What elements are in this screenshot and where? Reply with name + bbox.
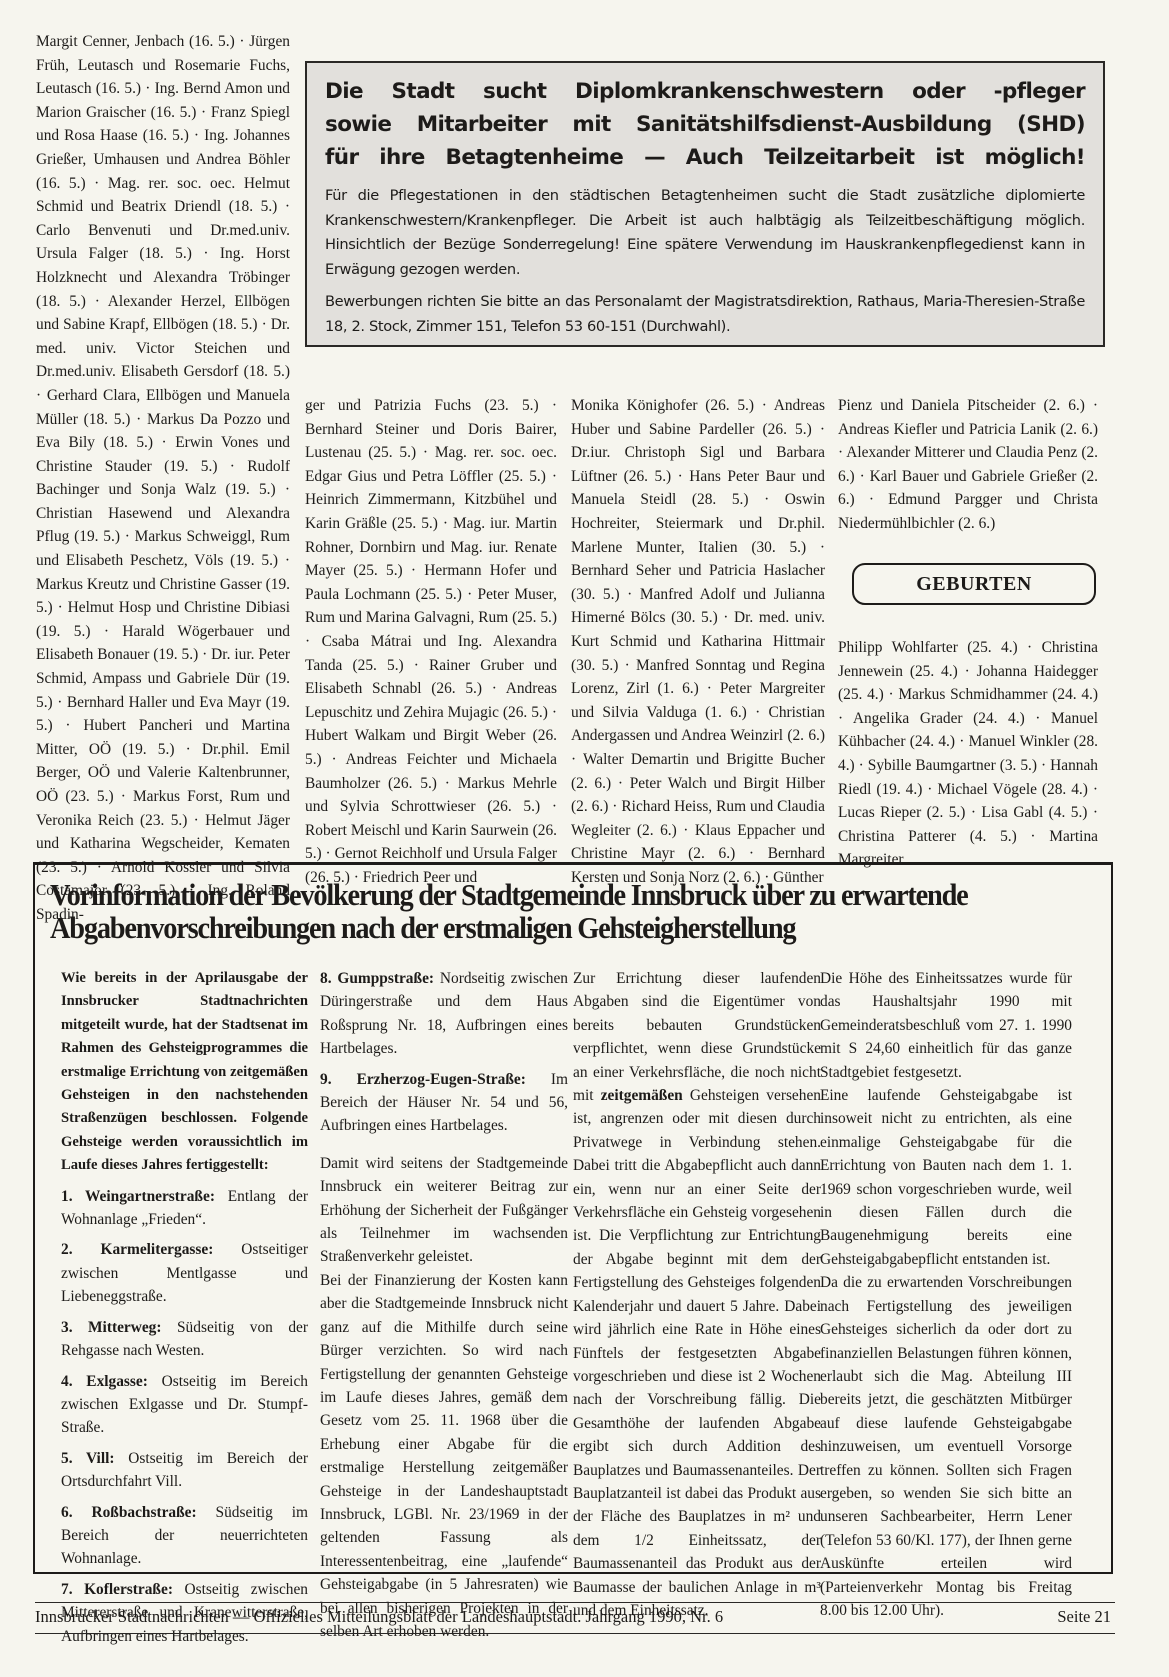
street-item: 1. Weingartnerstraße: Entlang der Wohnan… [61,1185,308,1232]
article-title: Vorinformation der Bevölkerung der Stadt… [50,879,1022,945]
street-item: 5. Vill: Ostseitig im Bereich der Ortsdu… [61,1447,308,1494]
job-ad-contact: Bewerbungen richten Sie bitte an das Per… [325,290,1085,339]
job-ad-headline-line: sowie Mitarbeiter mit Sanitätshilfsdiens… [325,108,1085,141]
street-name: 1. Weingartnerstraße: [61,1188,215,1205]
street-name: 9. Erzherzog-Eugen-Straße: [320,1071,526,1088]
street-name: 2. Karmelitergasse: [61,1241,213,1258]
article-paragraph-obligation: Zur Errichtung dieser laufenden Abgaben … [573,967,821,1622]
article-paragraph-safety: Damit wird seitens der Stadtgemeinde Inn… [320,1152,568,1269]
marriages-text: Monika Könighofer (26. 5.) · Andreas Hub… [571,394,825,889]
street-name: 3. Mitterweg: [61,1319,162,1336]
article-column-1: Wie bereits in der Aprilausgabe der Inns… [61,967,308,1655]
street-item: 2. Karmelitergasse: Ostseitiger zwischen… [61,1238,308,1308]
marriages-column-1: Margit Cenner, Jenbach (16. 5.) · Jürgen… [36,30,290,927]
emphasis-zeitgemaessen: zeitgemäßen [601,1087,683,1104]
job-ad-headline-line: Die Stadt sucht Diplomkrankenschwestern … [325,75,1085,108]
article-column-4: Die Höhe des Einheitssatzes wurde für da… [820,967,1072,1622]
job-advertisement-box: Die Stadt sucht Diplomkrankenschwestern … [305,61,1105,347]
marriages-text: ger und Patrizia Fuchs (23. 5.) · Bernha… [305,394,557,889]
births-section-heading: GEBURTEN [852,563,1096,605]
street-name: 8. Gumppstraße: [320,970,434,987]
births-text: Philipp Wohlfarter (25. 4.) · Christina … [838,636,1098,872]
article-paragraph-rate: Die Höhe des Einheitssatzes wurde für da… [820,967,1072,1084]
street-item: 9. Erzherzog-Eugen-Straße: Im Bereich de… [320,1068,568,1138]
street-item: 8. Gumppstraße: Nordseitig zwischen Düri… [320,967,568,1061]
marriages-text: Margit Cenner, Jenbach (16. 5.) · Jürgen… [36,30,290,927]
sidewalk-article-box: Vorinformation der Bevölkerung der Stadt… [33,862,1113,1574]
article-column-2: 8. Gumppstraße: Nordseitig zwischen Düri… [320,967,568,1643]
street-item: 4. Exlgasse: Ostseitig im Bereich zwisch… [61,1370,308,1440]
article-paragraph-contact: Da die zu erwartenden Vorschreibungen na… [820,1271,1072,1622]
street-name: 5. Vill: [61,1450,115,1467]
job-ad-body: Für die Pflegestationen in den städtisch… [325,184,1085,282]
publication-line: Innsbrucker Stadtnachrichten — Offiziell… [35,1603,723,1631]
marriages-column-2: ger und Patrizia Fuchs (23. 5.) · Bernha… [305,394,557,889]
marriages-column-3: Monika Könighofer (26. 5.) · Andreas Hub… [571,394,825,889]
article-paragraph-financing: Bei der Finanzierung der Kosten kann abe… [320,1269,568,1644]
article-column-3: Zur Errichtung dieser laufenden Abgaben … [573,967,821,1622]
page-number: Seite 21 [1057,1603,1111,1631]
article-paragraph-exemption: Eine laufende Gehsteigabgabe ist insowei… [820,1084,1072,1271]
street-name: 7. Koflerstraße: [61,1581,173,1598]
job-ad-headline-line: für ihre Betagtenheime — Auch Teilzeitar… [325,141,1085,174]
page-footer: Innsbrucker Stadtnachrichten — Offiziell… [35,1602,1115,1634]
marriages-column-4: Pienz und Daniela Pitscheider (2. 6.) · … [838,394,1098,536]
street-item: 3. Mitterweg: Südseitig von der Rehgasse… [61,1316,308,1363]
marriages-text: Pienz und Daniela Pitscheider (2. 6.) · … [838,394,1098,536]
street-item: 6. Roßbachstraße: Südseitig im Bereich d… [61,1501,308,1571]
births-column: Philipp Wohlfarter (25. 4.) · Christina … [838,636,1098,872]
article-lead: Wie bereits in der Aprilausgabe der Inns… [61,967,308,1178]
street-name: 4. Exlgasse: [61,1373,148,1390]
street-name: 6. Roßbachstraße: [61,1504,197,1521]
